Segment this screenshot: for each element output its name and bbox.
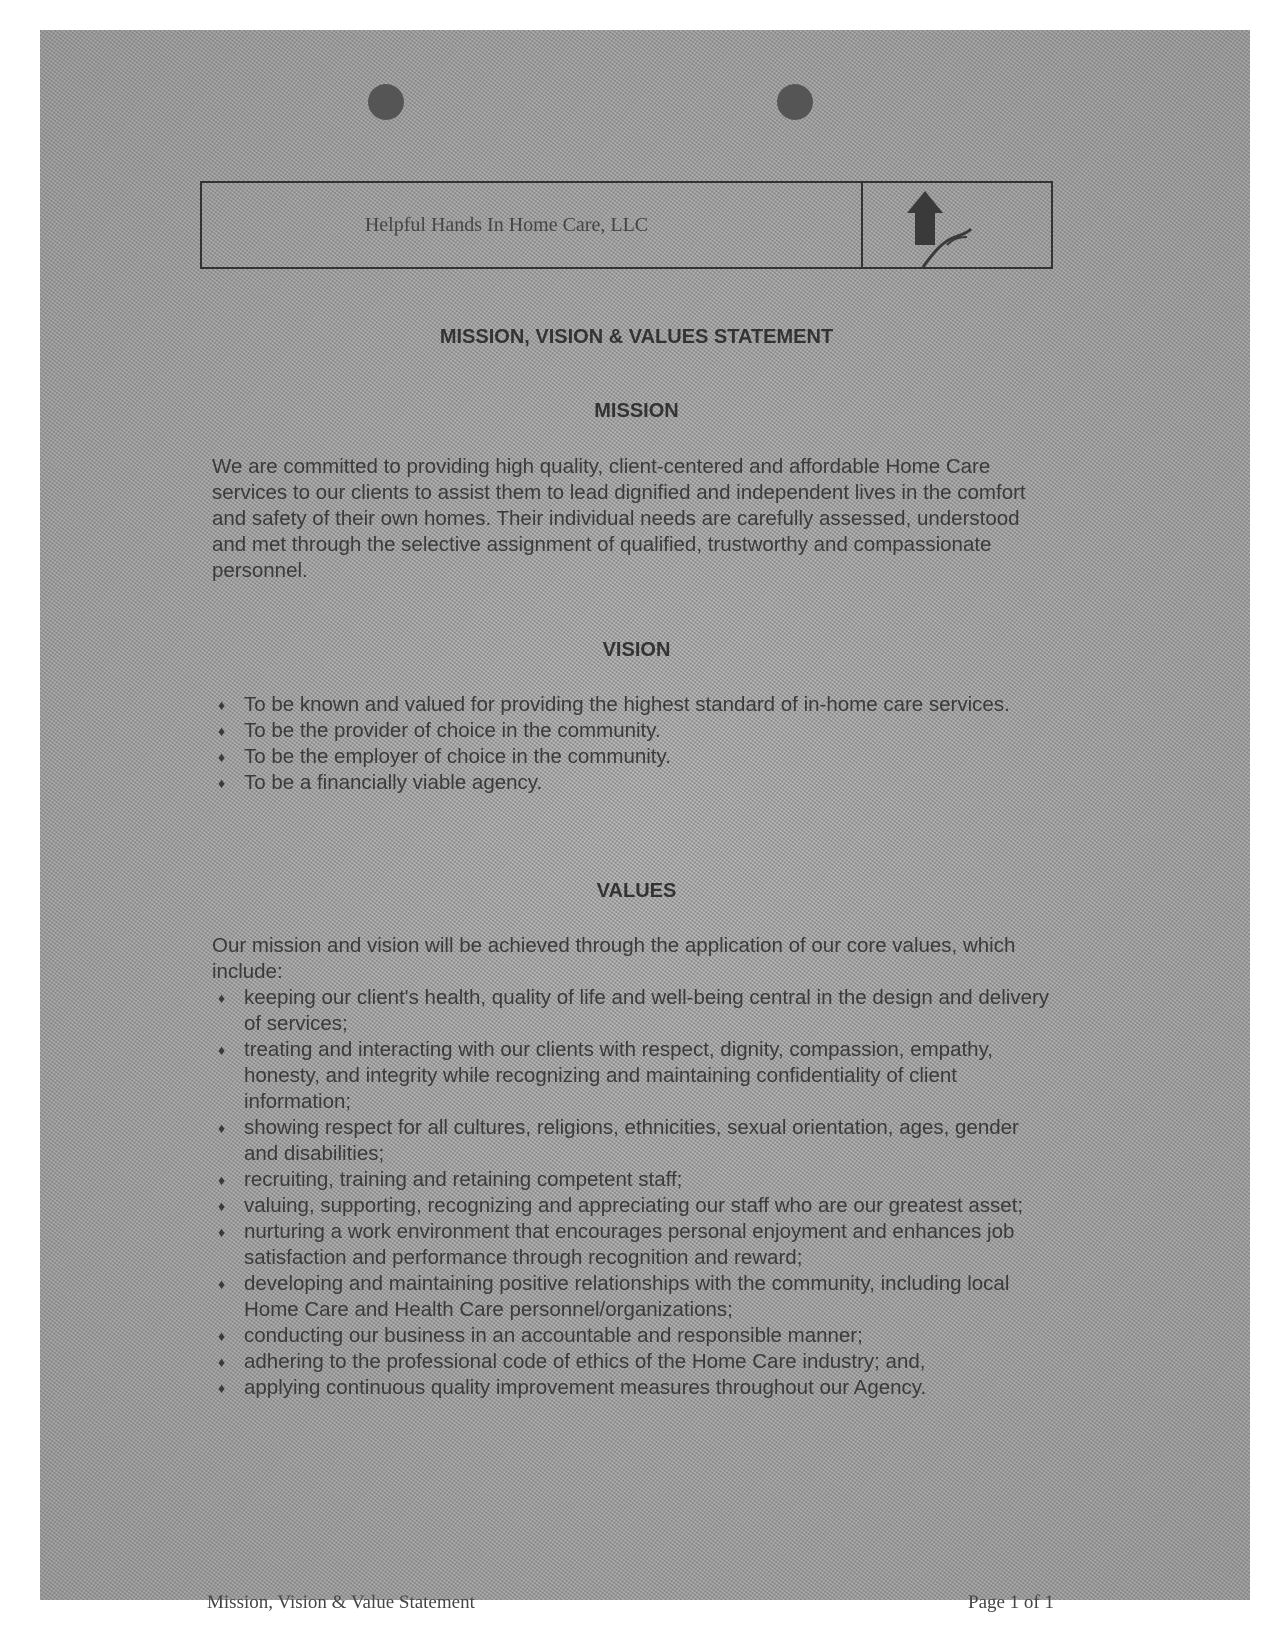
mission-heading: MISSION [0, 400, 1273, 423]
value-item: ♦adhering to the professional code of et… [212, 1349, 1052, 1375]
diamond-bullet-icon: ♦ [218, 770, 225, 796]
diamond-bullet-icon: ♦ [218, 1349, 225, 1375]
value-item: ♦keeping our client's health, quality of… [212, 985, 1052, 1037]
values-heading: VALUES [0, 880, 1273, 903]
diamond-bullet-icon: ♦ [218, 1375, 225, 1401]
diamond-bullet-icon: ♦ [218, 744, 225, 770]
document-title: MISSION, VISION & VALUES STATEMENT [0, 326, 1273, 349]
value-item: ♦nurturing a work environment that encou… [212, 1219, 1052, 1271]
punch-hole-left [368, 84, 404, 120]
footer-document-name: Mission, Vision & Value Statement [207, 1592, 475, 1614]
vision-item: ♦To be the employer of choice in the com… [212, 744, 1052, 770]
vision-heading: VISION [0, 639, 1273, 662]
letterhead: Helpful Hands In Home Care, LLC [200, 181, 1053, 269]
diamond-bullet-icon: ♦ [218, 1323, 225, 1349]
company-name: Helpful Hands In Home Care, LLC [202, 183, 863, 267]
punch-hole-right [777, 84, 813, 120]
value-item: ♦applying continuous quality improvement… [212, 1375, 1052, 1401]
diamond-bullet-icon: ♦ [218, 1115, 225, 1141]
values-intro: Our mission and vision will be achieved … [212, 933, 1052, 985]
vision-item: ♦To be the provider of choice in the com… [212, 718, 1052, 744]
vision-item: ♦To be a financially viable agency. [212, 770, 1052, 796]
value-item: ♦treating and interacting with our clien… [212, 1037, 1052, 1115]
diamond-bullet-icon: ♦ [218, 1219, 225, 1245]
diamond-bullet-icon: ♦ [218, 985, 225, 1011]
footer-page-number: Page 1 of 1 [968, 1592, 1054, 1614]
diamond-bullet-icon: ♦ [218, 1037, 225, 1063]
mission-text: We are committed to providing high quali… [212, 454, 1052, 584]
diamond-bullet-icon: ♦ [218, 718, 225, 744]
diamond-bullet-icon: ♦ [218, 1193, 225, 1219]
diamond-bullet-icon: ♦ [218, 1271, 225, 1297]
value-item: ♦recruiting, training and retaining comp… [212, 1167, 1052, 1193]
vision-item: ♦To be known and valued for providing th… [212, 692, 1052, 718]
value-item: ♦valuing, supporting, recognizing and ap… [212, 1193, 1052, 1219]
value-item: ♦conducting our business in an accountab… [212, 1323, 1052, 1349]
vision-list: ♦To be known and valued for providing th… [212, 692, 1052, 796]
values-list: ♦keeping our client's health, quality of… [212, 985, 1052, 1401]
diamond-bullet-icon: ♦ [218, 1167, 225, 1193]
value-item: ♦developing and maintaining positive rel… [212, 1271, 1052, 1323]
diamond-bullet-icon: ♦ [218, 692, 225, 718]
value-item: ♦showing respect for all cultures, relig… [212, 1115, 1052, 1167]
house-logo-icon [863, 183, 1051, 267]
